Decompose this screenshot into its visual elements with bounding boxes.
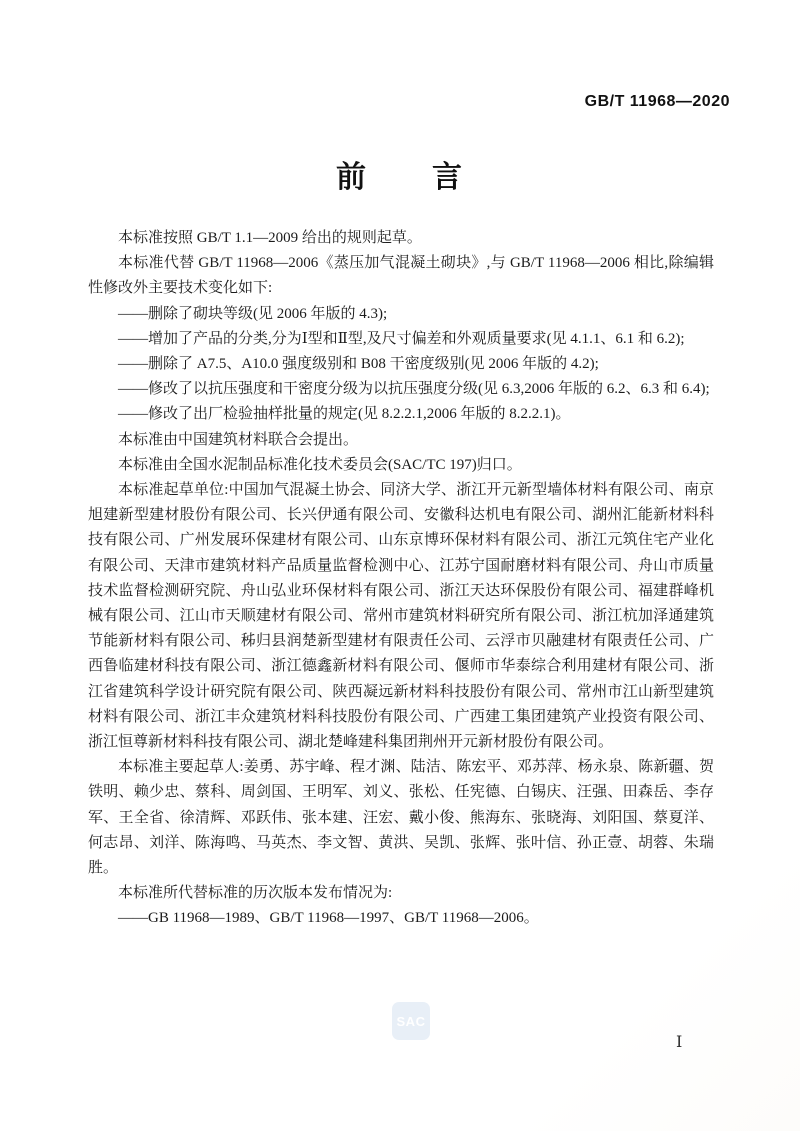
paragraph-committee: 本标准由全国水泥制品标准化技术委员会(SAC/TC 197)归口。	[88, 453, 714, 478]
paragraph-replacement: 本标准代替 GB/T 11968—2006《蒸压加气混凝土砌块》,与 GB/T …	[88, 251, 714, 301]
foreword-content: 本标准按照 GB/T 1.1—2009 给出的规则起草。 本标准代替 GB/T …	[88, 226, 714, 932]
change-item: ——删除了 A7.5、A10.0 强度级别和 B08 干密度级别(见 2006 …	[88, 352, 714, 377]
standard-code-header: GB/T 11968—2020	[585, 93, 730, 111]
change-item: ——修改了出厂检验抽样批量的规定(见 8.2.2.1,2006 年版的 8.2.…	[88, 402, 714, 427]
document-page: GB/T 11968—2020 前 言 本标准按照 GB/T 1.1—2009 …	[0, 0, 800, 1131]
paragraph-history-list: ——GB 11968—1989、GB/T 11968—1997、GB/T 119…	[88, 906, 714, 931]
paragraph-history-intro: 本标准所代替标准的历次版本发布情况为:	[88, 881, 714, 906]
paragraph-drafters: 本标准主要起草人:姜勇、苏宇峰、程才渊、陆洁、陈宏平、邓苏萍、杨永泉、陈新疆、贺…	[88, 755, 714, 881]
change-item: ——删除了砌块等级(见 2006 年版的 4.3);	[88, 302, 714, 327]
sac-logo-watermark: SAC	[392, 1002, 430, 1040]
change-item: ——增加了产品的分类,分为Ⅰ型和Ⅱ型,及尺寸偏差和外观质量要求(见 4.1.1、…	[88, 327, 714, 352]
page-title: 前 言	[0, 152, 800, 196]
page-number: Ⅰ	[676, 1032, 682, 1052]
paragraph-drafting-units: 本标准起草单位:中国加气混凝土协会、同济大学、浙江开元新型墙体材料有限公司、南京…	[88, 478, 714, 755]
paragraph-rule-basis: 本标准按照 GB/T 1.1—2009 给出的规则起草。	[88, 226, 714, 251]
paragraph-proposer: 本标准由中国建筑材料联合会提出。	[88, 428, 714, 453]
sac-logo-text: SAC	[397, 1014, 426, 1029]
change-item: ——修改了以抗压强度和干密度分级为以抗压强度分级(见 6.3,2006 年版的 …	[88, 377, 714, 402]
